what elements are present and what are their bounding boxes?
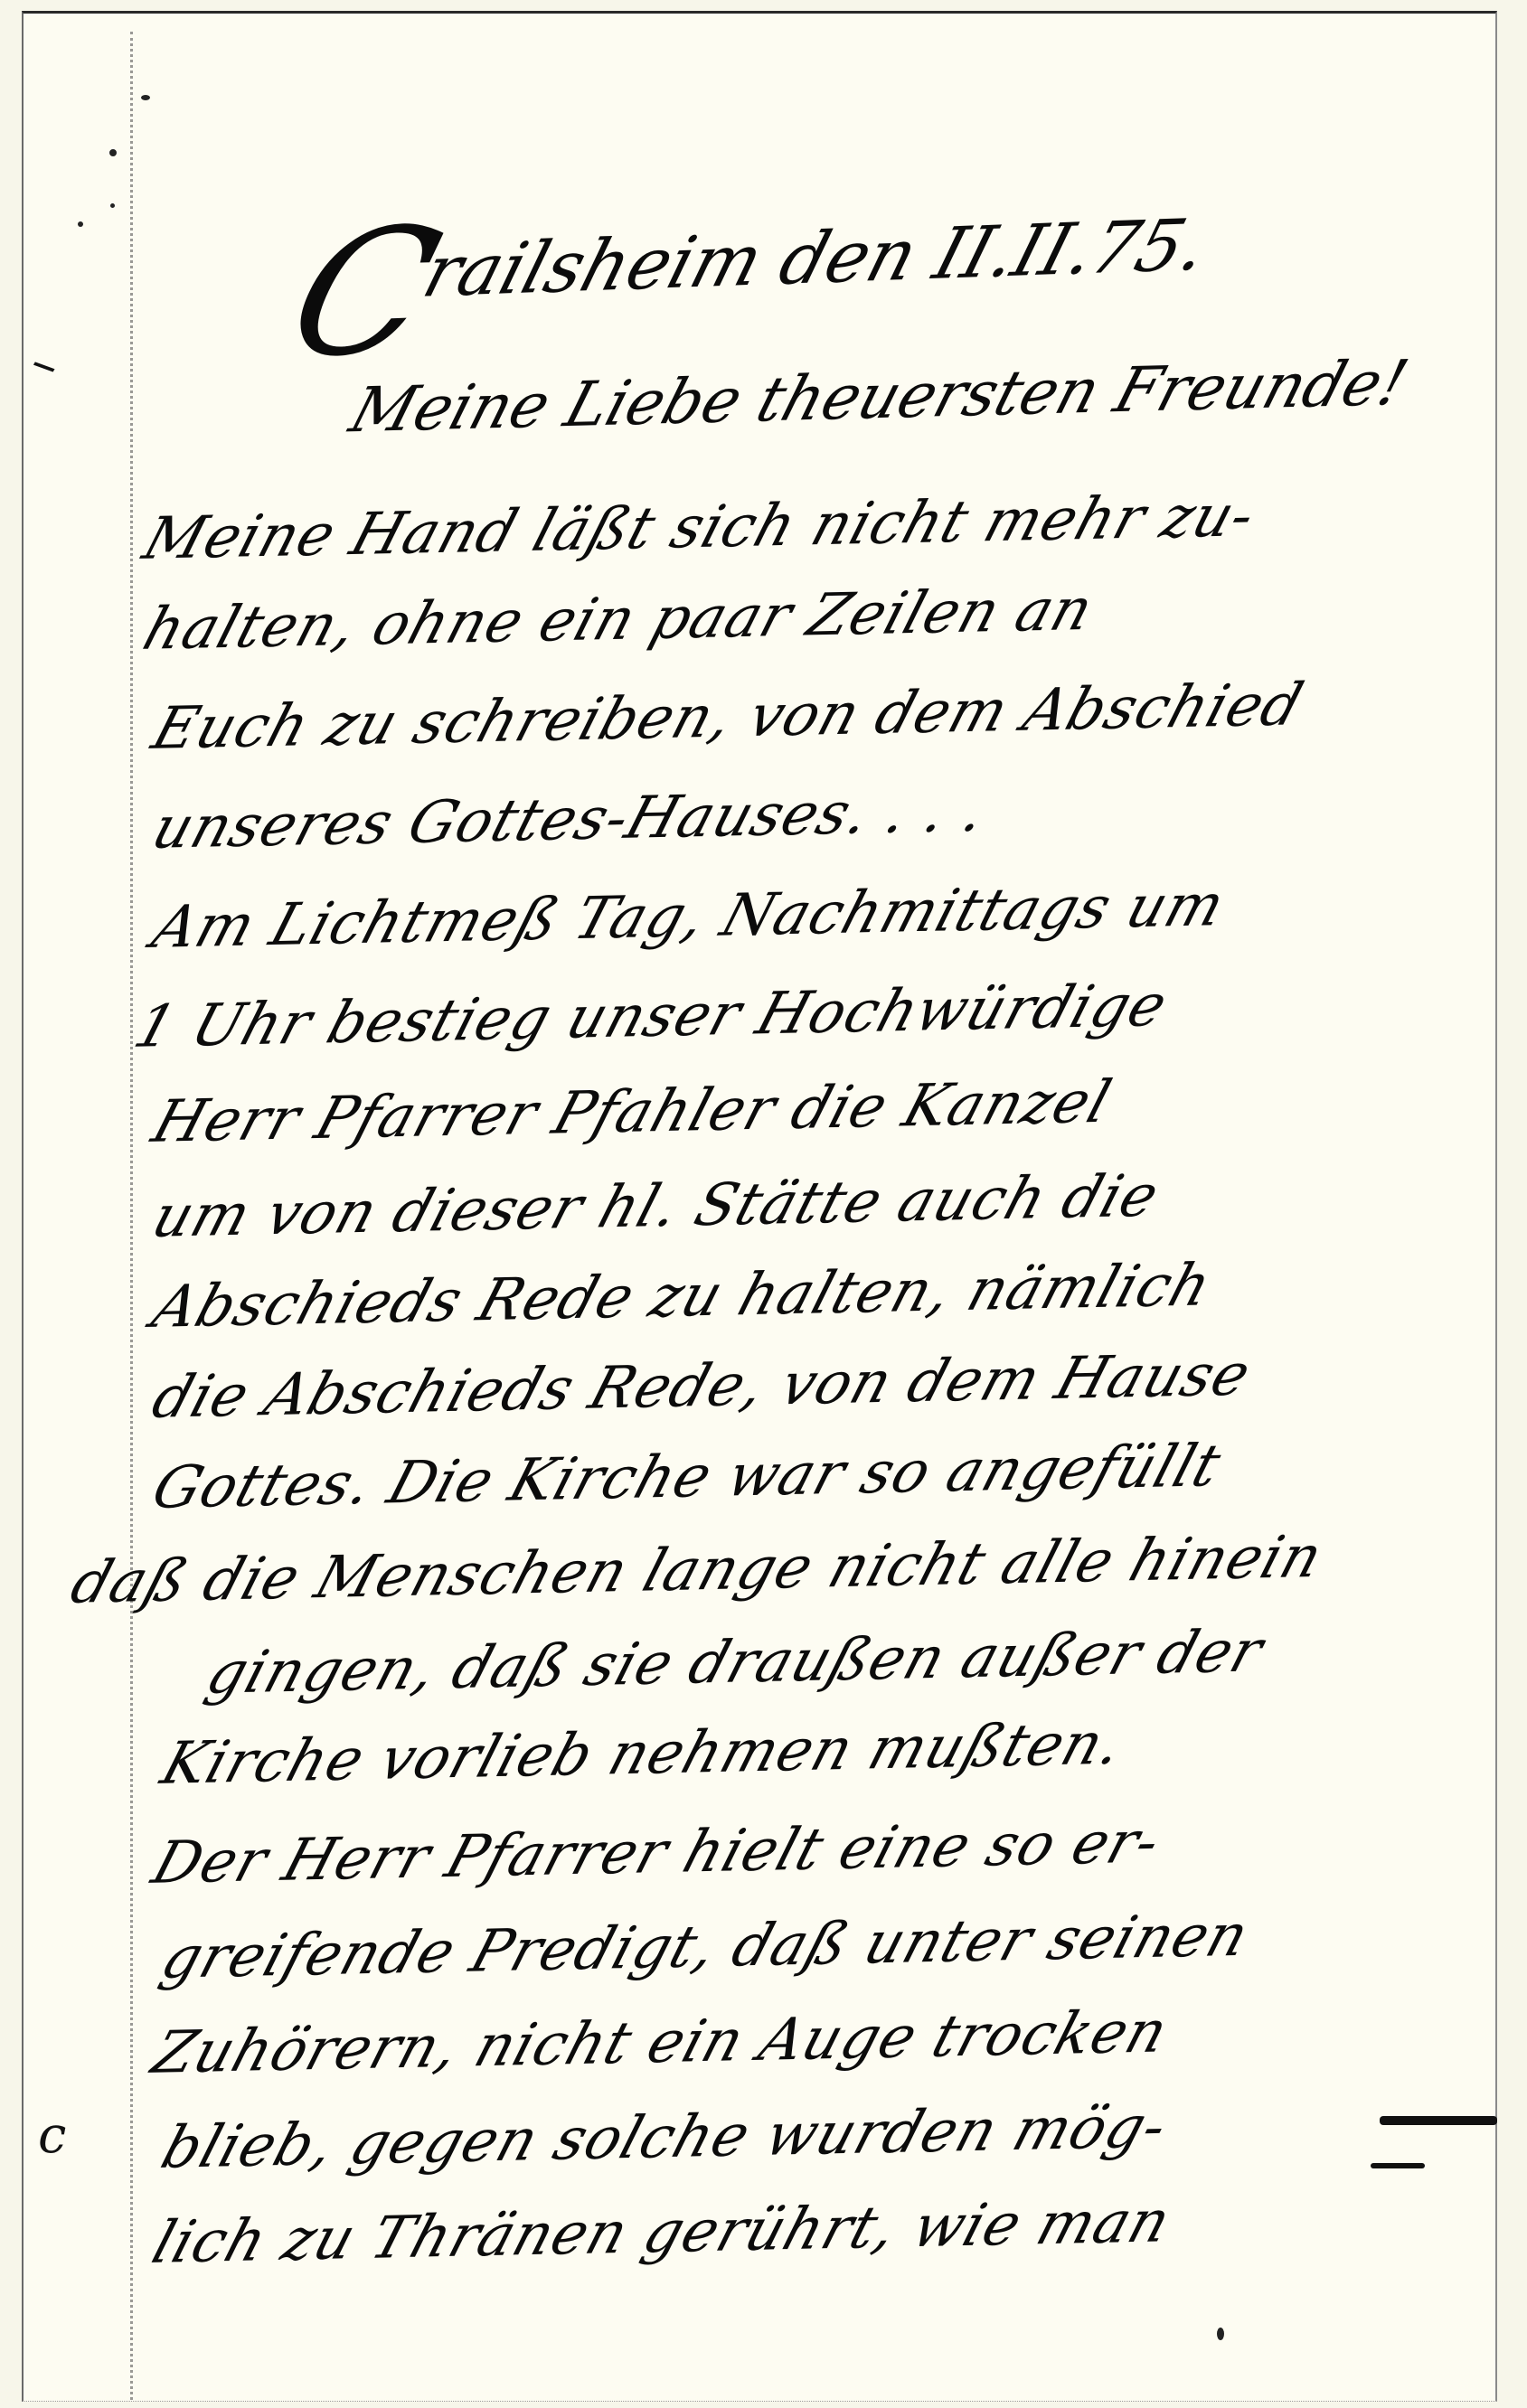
ink-speck xyxy=(78,221,83,227)
ink-speck xyxy=(141,95,150,100)
ink-dash-mark xyxy=(1371,2163,1425,2168)
date-text: den II.II.75. xyxy=(770,204,1217,301)
letter-date-header: Crailsheim den II.II.75. xyxy=(274,178,1225,383)
ink-dash-mark xyxy=(1380,2116,1497,2125)
margin-mark-bottom: c xyxy=(38,2106,66,2165)
ink-speck xyxy=(110,203,115,208)
margin-mark-top: – xyxy=(24,332,68,396)
ink-speck xyxy=(1217,2328,1224,2340)
ink-speck xyxy=(109,149,117,156)
place-name: railsheim xyxy=(415,220,772,314)
fold-line xyxy=(130,32,133,2400)
